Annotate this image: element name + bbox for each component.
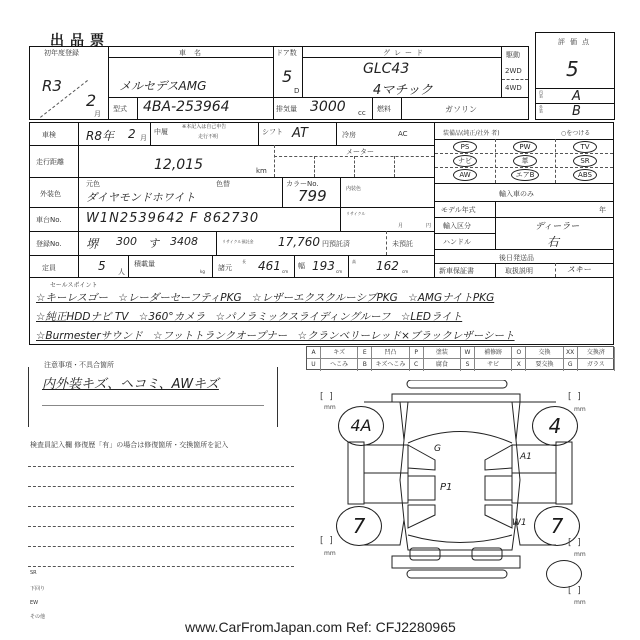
drive-label: 駆動 [506,50,520,60]
legend-code: XX [564,347,578,359]
equipment-label: 装備品(純正/社外 者) [443,128,500,137]
inspector-line [28,506,294,507]
registration-kana: す [148,235,159,251]
doors-unit: D [294,87,299,95]
divider [314,156,315,177]
exterior-label: 外装 [538,105,544,113]
inspector-line [28,546,294,547]
recycle-fee-label: リサイクル預託金 [222,239,253,245]
divider [435,201,613,202]
legend-text: キズ [321,347,358,359]
load-unit: kg [200,269,205,274]
legend-text: 補修跡 [475,347,512,359]
divider [150,123,151,145]
shift-value: AT [292,126,308,141]
model-code-label: 型式 [113,104,127,114]
inspector-label: 検査員記入欄 修復歴「有」の場合は修復箇所・交換箇所を記入 [30,440,228,450]
chassis-month-label: 月 [398,222,403,229]
equipment-item: ナビ [453,155,477,167]
inspector-line [28,526,294,527]
divider [348,255,349,277]
drive-4wd: 4WD [505,84,522,92]
legend-text: 要交換 [526,359,563,371]
mileage-unit: km [256,167,267,175]
legend-code: U [307,359,321,371]
recycle-unit: 円預託済 [322,239,350,249]
doors-label: ドア数 [276,48,297,58]
divider [109,57,273,58]
displacement-box: 排気量 3000 cc [273,97,373,120]
capacity-value: 5 [98,259,106,273]
side-label: 下回り [30,585,45,592]
color-value: ダイヤモンドホワイト [86,189,195,205]
interior-label: 内装 [538,90,544,98]
registration-region: 堺 [86,235,98,252]
month-unit: 月 [94,109,101,119]
registration-class: 300 [116,235,137,248]
side-label: その他 [30,613,45,620]
interior-color-label: 内装色 [346,185,361,192]
tread-bracket: [ ] [568,586,581,596]
import-type-value: ディーラー [535,219,579,232]
legend-code: G [564,359,578,371]
legend-text: 塗装 [424,347,461,359]
first-registration-box: 初年度登録 R3 2 月 [29,46,109,120]
tread-bracket: [ ] [320,536,333,546]
drive-box: 駆動 2WD 4WD [501,46,529,98]
fuel-label: 燃料 [377,104,391,114]
import-only-label: 輸入車のみ [499,189,534,199]
used-label: 中履 [154,127,168,137]
legend-code: C [410,359,424,371]
divider [555,263,556,277]
car-diagram: 4A 4 7 7 G A1 P1 W1 [ ] mm [ ] mm [ ] mm… [300,380,620,620]
inspection-value: R8年 [86,127,114,144]
fuel-value: ガソリン [445,104,477,115]
sales-point-line: ☆キーレスゴー ☆レーダーセーフティPKG ☆レザーエクスクルーシブPKG ☆A… [36,290,494,305]
tread-unit: mm [574,599,586,606]
doors-box: ドア数 5 D [273,46,303,98]
inspector-line [28,486,294,487]
displacement-unit: cc [358,109,366,117]
score-value: 5 [566,57,579,81]
after-shipment-label: 後日発送品 [499,253,534,263]
grade-line1: GLC43 [363,61,409,77]
legend-code: X [512,359,526,371]
equipment-panel: 装備品(純正/社外 者) ○をつける PS PW TV ナビ 革 SR AW エ… [434,122,614,278]
tire-rear-left: 7 [336,506,382,546]
footer-watermark: www.CarFromJapan.com Ref: CFJ2280965 [185,619,456,635]
recycle-fee-value: 17,760 [278,235,320,249]
inspector-line [28,566,294,567]
divider [354,156,355,177]
divider [137,98,138,119]
divider [128,255,129,277]
equipment-item: TV [573,141,597,153]
legend-text: サビ [475,359,512,371]
details-block: 車検 R8年 2 月 中履 ※本記入は自己申告 走行不明 シフト AT 冷房 A… [29,122,435,278]
divider [386,231,387,255]
width-unit: cm [336,269,342,274]
tread-bracket: [ ] [568,538,581,548]
ac-value: AC [398,130,408,138]
divider [435,183,613,184]
handle-label: ハンドル [443,237,471,247]
tread-unit: mm [324,404,336,411]
divider [30,255,434,256]
inspection-label: 車検 [42,130,56,140]
divider [555,139,556,183]
chassis-label: 車台No. [36,215,62,225]
notes-value: 内外装キズ、ヘコミ、AWキズ [42,373,219,392]
car-name-box: 車名 メルセデスAMG [108,46,274,98]
divider [502,79,528,80]
divider [435,249,613,250]
interior-grade: A [572,89,581,104]
spare-tire [546,560,582,588]
equipment-item: ABS [573,169,597,181]
capacity-unit: 人 [118,267,125,277]
dims-label: 諸元 [218,263,232,273]
legend-text: キズへこみ [372,359,409,371]
inspection-month-unit: 月 [140,133,147,143]
damage-mark: W1 [512,518,527,528]
model-code-value: 4BA-253964 [143,99,230,115]
divider [30,177,434,178]
equipment-item: SR [573,155,597,167]
import-type-label: 輸入区分 [443,221,471,231]
divider [401,98,402,119]
shift-label: シフト [262,127,283,137]
height-value: 162 [376,259,399,273]
divider [340,177,341,231]
equipment-item: AW [453,169,477,181]
divider [258,123,259,145]
car-name-value: メルセデスAMG [119,77,206,94]
divider [435,139,613,140]
manual-label: 取扱説明 [505,266,533,276]
model-year-unit: 年 [599,205,606,215]
score-label: 評価点 [558,37,594,47]
mileage-value: 12,015 [154,157,203,173]
sales-point-line: ☆Burmesterサウンド ☆フットトランクオープナー ☆クランベリーレッド×… [36,328,515,343]
height-label: 高 [352,259,356,265]
divider [78,123,79,277]
divider [30,207,434,208]
tire-front-left: 4A [338,406,384,446]
legend-text: へこみ [321,359,358,371]
drive-2wd: 2WD [505,67,522,75]
equipment-item: PW [513,141,537,153]
capacity-label: 定員 [42,263,56,273]
grade-line2: 4マチック [373,79,433,98]
equipment-item: 革 [513,155,537,167]
recycle-label: リサイクル [346,211,365,217]
load-label: 積載量 [134,259,155,269]
tire-front-right: 4 [532,406,578,446]
sales-points-box: セールスポイント ☆キーレスゴー ☆レーダーセーフティPKG ☆レザーエクスクル… [29,277,614,345]
sales-point-line: ☆純正HDDナビ TV ☆360°カメラ ☆パノラミックスライディングルーフ ☆… [36,309,462,324]
exterior-grade: B [572,104,581,119]
divider [336,123,337,145]
damage-legend: AキズUへこみE凹凸BキズへこみP塗装C腐食W補修跡SサビO交換X要交換XX交換… [306,346,614,370]
first-registration-year: R3 [42,77,62,95]
legend-text: 凹凸 [372,347,409,359]
legend-text: 交換済 [578,347,615,359]
equipment-note: ○をつける [561,128,590,137]
length-unit: cm [282,269,288,274]
tread-unit: mm [324,550,336,557]
fuel-box: 燃料 ガソリン [372,97,529,120]
color-label: 外装色 [40,189,61,199]
divider [216,231,217,255]
repaint-label: 色替 [216,179,230,189]
side-label: EW [30,600,38,606]
legend-code: P [410,347,424,359]
divider [435,153,613,154]
original-color-label: 元色 [86,179,100,189]
divider [495,201,496,249]
registration-number: 3408 [170,235,198,248]
warranty-label: 新車保証書 [439,266,474,276]
inspector-line [28,466,294,467]
divider [394,156,395,177]
legend-code: E [358,347,372,359]
self-report-note: ※本記入は自己申告 [182,123,226,130]
doors-value: 5 [282,67,292,86]
width-label: 幅 [298,261,305,271]
grade-box: グレード GLC43 4マチック [302,46,502,98]
divider [42,405,264,406]
damage-mark: G [434,444,441,454]
inspection-month: 2 [128,127,136,141]
sales-points-label: セールスポイント [50,280,97,289]
damage-mark: A1 [520,452,532,462]
legend-text: ガラス [578,359,615,371]
tread-unit: mm [574,406,586,413]
damage-mark: P1 [440,482,452,493]
displacement-value: 3000 [310,99,346,115]
first-registration-month: 2 [86,91,96,110]
spare-key-value: スキー [567,264,591,275]
equipment-item: PS [453,141,477,153]
divider [435,167,613,168]
divider [212,255,213,277]
divider [303,57,501,58]
legend-text: 腐食 [424,359,461,371]
side-label: SR [30,570,37,576]
length-label: 長 [242,259,246,265]
chassis-value: W1N2539642 F 862730 [86,211,259,226]
unknown-mileage-note: 走行不明 [198,133,218,140]
divider [435,217,613,218]
divider [435,233,495,234]
divider [282,177,283,207]
legend-text: 交換 [526,347,563,359]
legend-code: W [461,347,475,359]
width-value: 193 [312,259,335,273]
tread-bracket: [ ] [568,392,581,402]
color-no-value: 799 [298,187,327,205]
displacement-label: 排気量 [276,104,297,114]
chassis-yen-label: 円 [426,222,431,229]
divider [30,145,434,146]
equipment-item: エアB [511,169,539,181]
score-box: 評価点 5 内装 A 外装 B [535,32,615,120]
divider [274,145,275,177]
legend-code: A [307,347,321,359]
legend-code: O [512,347,526,359]
unpaid-label: 未預託 [392,239,413,249]
handle-value: 右 [547,233,559,250]
ac-label: 冷房 [342,130,356,140]
registration-label: 登録No. [36,239,62,249]
model-year-label: モデル年式 [441,205,476,215]
divider [495,139,496,183]
model-code-box: 型式 4BA-253964 [108,97,274,120]
tread-unit: mm [574,551,586,558]
height-unit: cm [402,269,408,274]
divider [294,255,295,277]
mileage-label: 走行距離 [36,157,64,167]
first-registration-label: 初年度登録 [44,48,79,58]
tread-bracket: [ ] [320,392,333,402]
legend-code: B [358,359,372,371]
length-value: 461 [258,259,281,273]
legend-code: S [461,359,475,371]
divider [495,263,496,277]
divider [30,231,434,232]
